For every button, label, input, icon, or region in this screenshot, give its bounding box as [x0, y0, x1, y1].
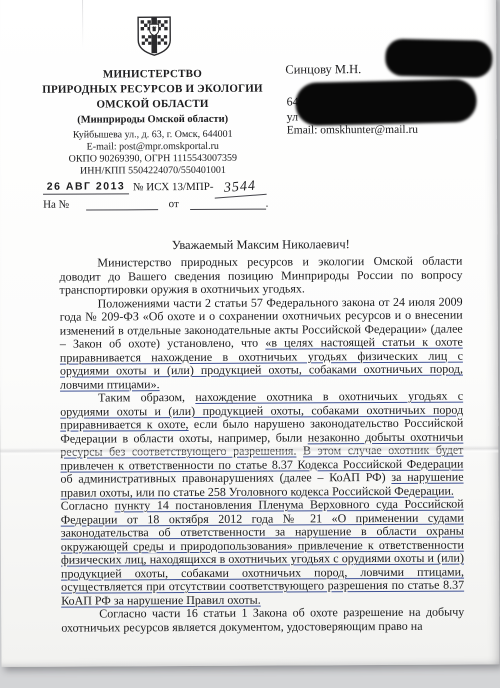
- ministry-name-line: ОМСКОЙ ОБЛАСТИ: [27, 97, 279, 113]
- body-paragraph: Министерство природных ресурсов и эколог…: [59, 255, 462, 298]
- reference-period: .: [266, 198, 269, 210]
- body-text-segment: Таким образом,: [98, 390, 195, 405]
- ministry-name-lines: МИНИСТЕРСТВОПРИРОДНЫХ РЕСУРСОВ И ЭКОЛОГИ…: [26, 67, 278, 113]
- ministry-short-name: (Минприроды Омской области): [27, 113, 279, 128]
- reference-ot-label: от: [169, 198, 179, 210]
- redaction-bar-top: [385, 39, 493, 78]
- reference-number-blank: [86, 198, 158, 210]
- ministry-address-block: Куйбышева ул., д. 63, г. Омск, 644001E-m…: [27, 129, 279, 178]
- redaction-bar-address: [295, 79, 477, 126]
- letter-body: Министерство природных ресурсов и эколог…: [59, 255, 464, 635]
- body-text-segment: Министерство природных ресурсов и эколог…: [59, 254, 462, 297]
- body-paragraph: Таким образом, нахождение охотника в охо…: [60, 390, 464, 500]
- body-text-segment: Согласно части 16 статьи 1 Закона об охо…: [61, 605, 464, 635]
- salutation: Уважаемый Максим Николаевич!: [59, 237, 462, 254]
- scan-artifact-line: [82, 0, 83, 50]
- outgoing-number-prefix: № ИСХ 13/МПР-: [133, 181, 214, 193]
- ministry-name-line: МИНИСТЕРСТВО: [26, 67, 278, 83]
- date-stamp: 26 АВГ 2013: [43, 180, 129, 194]
- recipient-name: Синцову М.Н.: [285, 62, 361, 77]
- reference-date-blank: [190, 198, 266, 210]
- recipient-email: Email: omskhunter@mail.ru: [287, 124, 418, 137]
- ministry-name-block: МИНИСТЕРСТВОПРИРОДНЫХ РЕСУРСОВ И ЭКОЛОГИ…: [26, 67, 278, 128]
- underlined-passage: пункту 14 постановления Пленума Верховно…: [61, 497, 464, 608]
- body-paragraph: Согласно части 16 статьи 1 Закона об охо…: [61, 606, 464, 635]
- reference-line: На № от .: [43, 198, 268, 211]
- body-text-segment: Согласно: [61, 498, 115, 512]
- outgoing-number-row: 26 АВГ 2013№ ИСХ 13/МПР-3544: [43, 178, 303, 196]
- body-paragraph: Положениями части 2 статьи 57 Федерально…: [60, 295, 463, 392]
- ministry-name-line: ПРИРОДНЫХ РЕСУРСОВ И ЭКОЛОГИИ: [26, 82, 278, 98]
- omsk-oblast-coat-of-arms-icon: [136, 15, 172, 57]
- handwritten-outgoing-number: 3544: [213, 178, 266, 199]
- paper-sheet: МИНИСТЕРСТВОПРИРОДНЫХ РЕСУРСОВ И ЭКОЛОГИ…: [0, 0, 500, 667]
- scanned-letter-page: МИНИСТЕРСТВОПРИРОДНЫХ РЕСУРСОВ И ЭКОЛОГИ…: [0, 0, 500, 688]
- ministry-address-line: ИНН/КПП 5504224070/550401001: [27, 165, 279, 178]
- reference-na-label: На №: [43, 199, 69, 211]
- body-paragraph: Согласно пункту 14 постановления Пленума…: [61, 498, 465, 608]
